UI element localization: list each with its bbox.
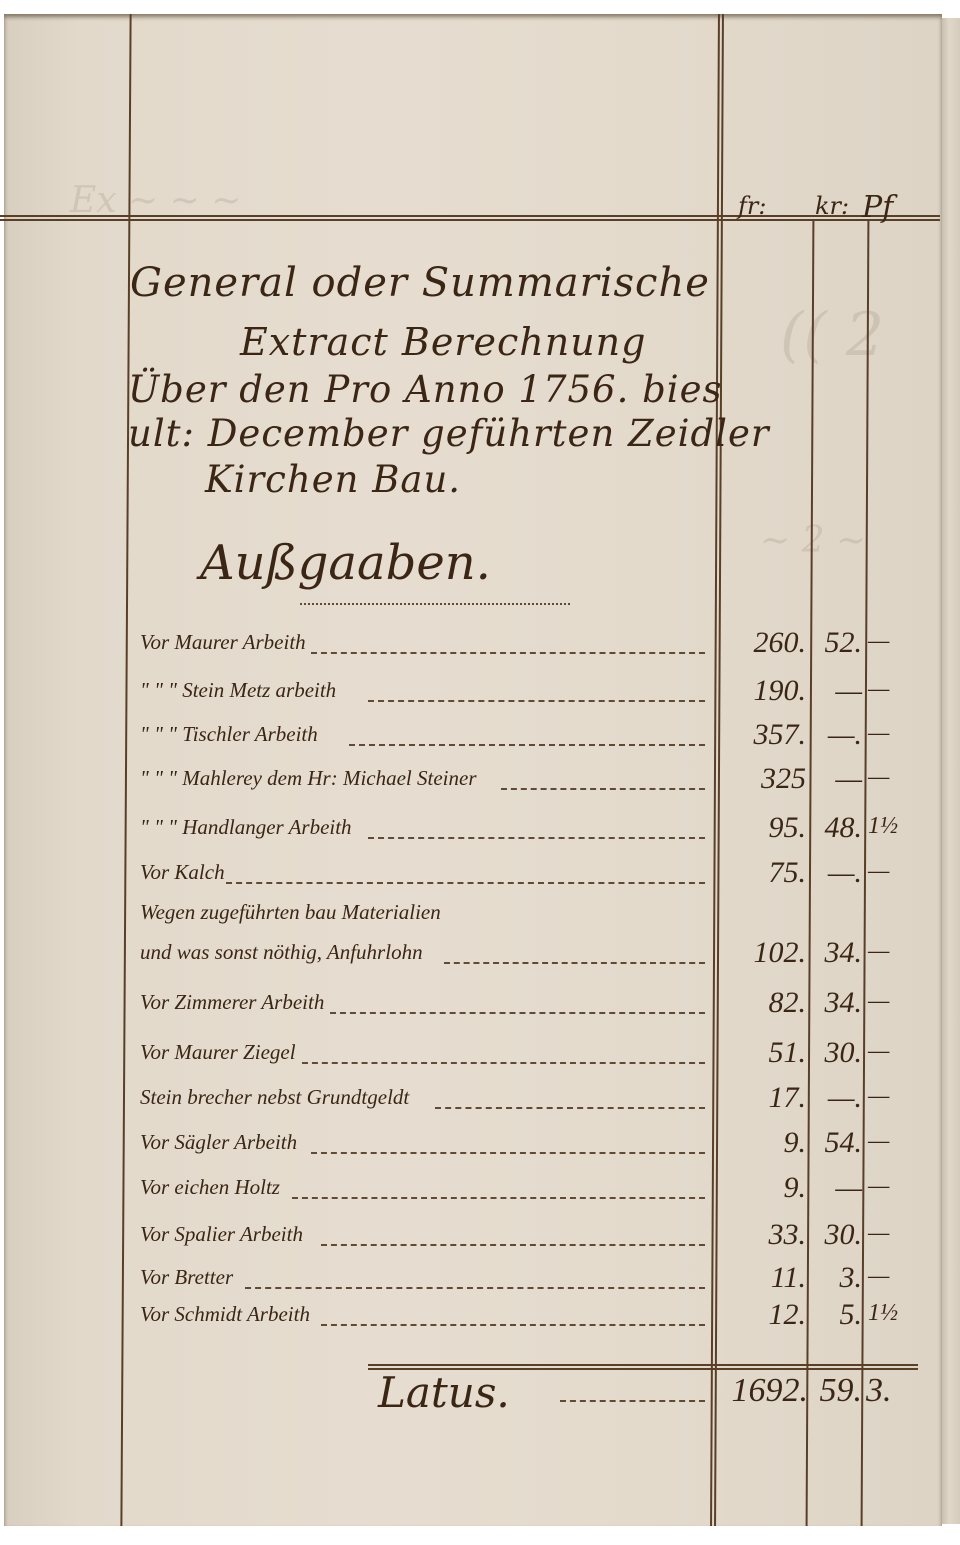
amount-kreuzer: 5. <box>812 1298 862 1332</box>
amount-kreuzer: —. <box>812 1081 862 1115</box>
amount-florin: 51. <box>718 1036 806 1070</box>
amount-florin: 102. <box>718 936 806 970</box>
leader-dots <box>560 1400 705 1402</box>
leader-dots <box>311 652 705 654</box>
page-binding-edge <box>942 18 960 1524</box>
total-florin: 1692. <box>720 1372 808 1410</box>
leader-dots <box>368 700 705 702</box>
document-title-line-5: Kirchen Bau. <box>205 458 461 501</box>
expense-label: Vor Kalch <box>140 860 225 885</box>
amount-pfennig: — <box>868 988 908 1015</box>
total-pfennig: 3. <box>866 1372 898 1410</box>
total-kreuzer: 59. <box>812 1372 862 1410</box>
amount-pfennig: — <box>868 628 908 655</box>
header-rule-double <box>0 219 940 221</box>
amount-florin: 17. <box>718 1081 806 1115</box>
column-header-kreuzer: kr: <box>815 192 849 220</box>
expense-label: Vor Schmidt Arbeith <box>140 1302 310 1327</box>
expense-label: " " " Mahlerey dem Hr: Michael Steiner <box>140 766 477 791</box>
expense-label: " " " Handlanger Arbeith <box>140 815 352 840</box>
amount-florin: 95. <box>718 811 806 845</box>
expense-label: " " " Stein Metz arbeith <box>140 678 336 703</box>
expense-label: Vor eichen Holtz <box>140 1175 280 1200</box>
bleed-through-text: ~ 2 ~ <box>760 520 866 561</box>
leader-dots <box>368 837 705 839</box>
leader-dots <box>330 1012 705 1014</box>
amount-kreuzer: 34. <box>812 936 862 970</box>
leader-dots <box>501 788 705 790</box>
document-title-line-1: General oder Summarische <box>130 260 710 306</box>
expense-label: Vor Sägler Arbeith <box>140 1130 297 1155</box>
amount-pfennig: — <box>868 858 908 885</box>
leader-dots <box>435 1107 706 1109</box>
expense-label: " " " Tischler Arbeith <box>140 722 318 747</box>
amount-pfennig: — <box>868 938 908 965</box>
expense-label: Vor Maurer Ziegel <box>140 1040 296 1065</box>
amount-pfennig: — <box>868 1038 908 1065</box>
leader-dots <box>245 1287 706 1289</box>
total-rule <box>368 1364 918 1366</box>
amount-florin: 9. <box>718 1126 806 1160</box>
section-heading-expenses: Außgaaben. <box>200 535 491 591</box>
amount-florin: 9. <box>718 1171 806 1205</box>
leader-dots <box>321 1244 706 1246</box>
document-title-line-2: Extract Berechnung <box>240 320 646 364</box>
amount-florin: 11. <box>718 1261 806 1295</box>
amount-pfennig: 1½ <box>868 813 908 840</box>
amount-florin: 12. <box>718 1298 806 1332</box>
column-header-pfennig: Pf <box>862 190 893 225</box>
amount-kreuzer: —. <box>812 856 862 890</box>
expense-label: Vor Zimmerer Arbeith <box>140 990 324 1015</box>
amount-kreuzer: — <box>812 674 862 708</box>
amount-kreuzer: 48. <box>812 811 862 845</box>
total-label: Latus. <box>378 1368 510 1417</box>
amount-florin: 190. <box>718 674 806 708</box>
amount-kreuzer: —. <box>812 718 862 752</box>
amount-pfennig: — <box>868 1128 908 1155</box>
leader-dots <box>349 744 705 746</box>
document-title-line-3: Über den Pro Anno 1756. bies <box>128 368 723 411</box>
column-header-florin: fr: <box>738 192 766 220</box>
bleed-through-text: (( 2 <box>780 300 884 370</box>
amount-florin: 325 <box>718 762 806 796</box>
leader-dots <box>311 1152 705 1154</box>
amount-kreuzer: 34. <box>812 986 862 1020</box>
expense-label: Stein brecher nebst Grundtgeldt <box>140 1085 409 1110</box>
amount-pfennig: — <box>868 764 908 791</box>
amount-kreuzer: 30. <box>812 1218 862 1252</box>
amount-pfennig: — <box>868 1173 908 1200</box>
expense-label: Vor Maurer Arbeith <box>140 630 306 655</box>
document-title-line-4: ult: December geführten Zeidler <box>128 412 770 455</box>
amount-pfennig: — <box>868 1083 908 1110</box>
amount-pfennig: — <box>868 1220 908 1247</box>
amount-pfennig: 1½ <box>868 1300 908 1327</box>
leader-dots <box>444 962 705 964</box>
header-rule <box>0 215 940 217</box>
amount-florin: 82. <box>718 986 806 1020</box>
amount-florin: 357. <box>718 718 806 752</box>
expense-label: und was sonst nöthig, Anfuhrlohn <box>140 940 423 965</box>
amount-kreuzer: — <box>812 762 862 796</box>
amount-kreuzer: 54. <box>812 1126 862 1160</box>
leader-dots <box>226 882 706 884</box>
amount-kreuzer: 52. <box>812 626 862 660</box>
expense-label: Vor Bretter <box>140 1265 233 1290</box>
amount-pfennig: — <box>868 1263 908 1290</box>
amount-florin: 33. <box>718 1218 806 1252</box>
leader-dots <box>292 1197 705 1199</box>
expense-label: Wegen zugeführten bau Materialien <box>140 900 441 925</box>
amount-florin: 260. <box>718 626 806 660</box>
amount-kreuzer: 3. <box>812 1261 862 1295</box>
amount-florin: 75. <box>718 856 806 890</box>
expense-label: Vor Spalier Arbeith <box>140 1222 303 1247</box>
amount-pfennig: — <box>868 720 908 747</box>
leader-dots <box>321 1324 706 1326</box>
heading-underline <box>300 603 570 605</box>
amount-kreuzer: — <box>812 1171 862 1205</box>
amount-pfennig: — <box>868 676 908 703</box>
leader-dots <box>302 1062 706 1064</box>
amount-kreuzer: 30. <box>812 1036 862 1070</box>
